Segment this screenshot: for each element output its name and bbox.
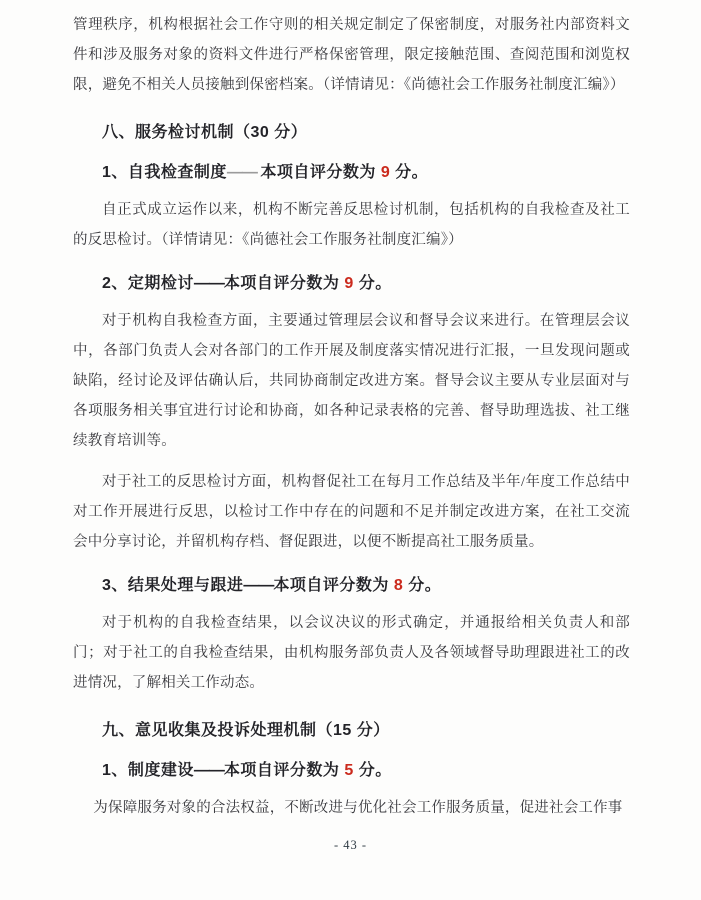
score-value: 8 — [394, 577, 403, 594]
section-8-item-1-heading: 1、自我检查制度—— 本项自评分数为 9 分。 — [102, 161, 630, 184]
score-value: 9 — [381, 164, 390, 181]
section-8-item-2-heading: 2、定期检讨——本项自评分数为 9 分。 — [102, 272, 630, 295]
section-9-title: 九、意见收集及投诉处理机制（15 分） — [102, 719, 630, 742]
item-tail: 分。 — [403, 577, 441, 594]
paragraph-self-check-system: 自正式成立运作以来，机构不断完善反思检讨机制，包括机构的自我检查及社工的反思检讨… — [73, 195, 630, 255]
item-tail: 分。 — [354, 275, 392, 292]
item-dash: —— — [227, 164, 260, 181]
item-label: 3、结果处理与跟进 — [102, 577, 243, 594]
item-dash: —— — [194, 275, 224, 292]
item-lead: 本项自评分数为 — [273, 577, 393, 594]
section-8-title: 八、服务检讨机制（30 分） — [102, 121, 630, 144]
paragraph-confidentiality-continued: 管理秩序，机构根据社会工作守则的相关规定制定了保密制度，对服务社内部资料文件和涉… — [73, 10, 630, 100]
document-page: 管理秩序，机构根据社会工作守则的相关规定制定了保密制度，对服务社内部资料文件和涉… — [0, 0, 701, 900]
item-label: 2、定期检讨 — [102, 275, 194, 292]
paragraph-agency-self-check: 对于机构自我检查方面，主要通过管理层会议和督导会议来进行。在管理层会议中，各部门… — [73, 306, 630, 456]
item-label: 1、制度建设 — [102, 762, 194, 779]
section-9-item-1-heading: 1、制度建设——本项自评分数为 5 分。 — [102, 759, 630, 782]
paragraph-system-building: 为保障服务对象的合法权益，不断改进与优化社会工作服务质量，促进社会工作事 — [73, 793, 630, 823]
score-value: 9 — [344, 275, 353, 292]
item-lead: 本项自评分数为 — [224, 762, 344, 779]
item-tail: 分。 — [354, 762, 392, 779]
paragraph-result-handling: 对于机构的自我检查结果，以会议决议的形式确定，并通报给相关负责人和部门；对于社工… — [73, 608, 630, 698]
page-number: - 43 - — [0, 838, 701, 853]
paragraph-social-worker-reflection: 对于社工的反思检讨方面，机构督促社工在每月工作总结及半年/年度工作总结中对工作开… — [73, 467, 630, 557]
item-lead: 本项自评分数为 — [260, 164, 380, 181]
item-tail: 分。 — [390, 164, 428, 181]
item-lead: 本项自评分数为 — [224, 275, 344, 292]
section-8-item-3-heading: 3、结果处理与跟进——本项自评分数为 8 分。 — [102, 574, 630, 597]
item-dash: —— — [194, 762, 224, 779]
item-label: 1、自我检查制度 — [102, 164, 227, 181]
score-value: 5 — [344, 762, 353, 779]
item-dash: —— — [243, 577, 273, 594]
